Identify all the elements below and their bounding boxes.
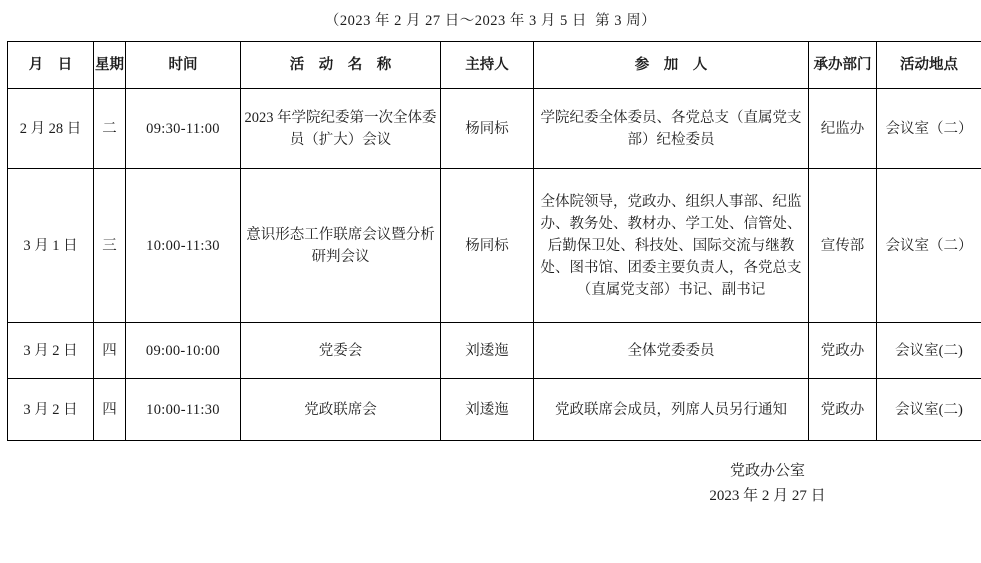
header-department: 承办部门 xyxy=(809,42,877,89)
cell-location: 会议室(二) xyxy=(877,379,981,441)
cell-time: 09:00-10:00 xyxy=(126,323,241,379)
cell-participants: 全体党委委员 xyxy=(534,323,809,379)
header-participants: 参 加 人 xyxy=(534,42,809,89)
cell-participants: 党政联席会成员，列席人员另行通知 xyxy=(534,379,809,441)
cell-date: 3 月 2 日 xyxy=(8,323,94,379)
footer-signature: 党政办公室 xyxy=(645,459,890,484)
cell-activity: 2023 年学院纪委第一次全体委员（扩大）会议 xyxy=(241,89,441,169)
table-header-row: 月 日 星期 时间 活 动 名 称 主持人 参 加 人 承办部门 活动地点 xyxy=(8,42,981,89)
document-page: { "title": "（2023 年 2 月 27 日～2023 年 3 月 … xyxy=(0,0,981,563)
header-time: 时间 xyxy=(126,42,241,89)
cell-host: 杨同标 xyxy=(441,169,534,323)
header-date: 月 日 xyxy=(8,42,94,89)
cell-location: 会议室(二) xyxy=(877,323,981,379)
cell-date: 3 月 2 日 xyxy=(8,379,94,441)
cell-weekday: 四 xyxy=(94,379,126,441)
document-footer: 党政办公室 2023 年 2 月 27 日 xyxy=(645,459,890,509)
document-title: （2023 年 2 月 27 日～2023 年 3 月 5 日 第 3 周） xyxy=(0,9,981,30)
cell-weekday: 四 xyxy=(94,323,126,379)
cell-department: 宣传部 xyxy=(809,169,877,323)
cell-participants: 学院纪委全体委员、各党总支（直属党支部）纪检委员 xyxy=(534,89,809,169)
cell-weekday: 二 xyxy=(94,89,126,169)
cell-activity: 党政联席会 xyxy=(241,379,441,441)
header-location: 活动地点 xyxy=(877,42,981,89)
cell-host: 刘逶迤 xyxy=(441,323,534,379)
cell-host: 杨同标 xyxy=(441,89,534,169)
cell-date: 2 月 28 日 xyxy=(8,89,94,169)
cell-activity: 党委会 xyxy=(241,323,441,379)
schedule-table: 月 日 星期 时间 活 动 名 称 主持人 参 加 人 承办部门 活动地点 2 … xyxy=(7,41,981,441)
schedule-row: 3 月 1 日 三 10:00-11:30 意识形态工作联席会议暨分析研判会议 … xyxy=(8,169,981,323)
cell-time: 10:00-11:30 xyxy=(126,379,241,441)
cell-participants: 全体院领导，党政办、组织人事部、纪监办、教务处、教材办、学工处、信管处、后勤保卫… xyxy=(534,169,809,323)
footer-date: 2023 年 2 月 27 日 xyxy=(645,484,890,509)
cell-time: 09:30-11:00 xyxy=(126,89,241,169)
cell-department: 纪监办 xyxy=(809,89,877,169)
cell-date: 3 月 1 日 xyxy=(8,169,94,323)
cell-department: 党政办 xyxy=(809,323,877,379)
cell-activity: 意识形态工作联席会议暨分析研判会议 xyxy=(241,169,441,323)
cell-host: 刘逶迤 xyxy=(441,379,534,441)
header-activity: 活 动 名 称 xyxy=(241,42,441,89)
cell-time: 10:00-11:30 xyxy=(126,169,241,323)
cell-location: 会议室（二） xyxy=(877,89,981,169)
schedule-row: 3 月 2 日 四 09:00-10:00 党委会 刘逶迤 全体党委委员 党政办… xyxy=(8,323,981,379)
schedule-row: 2 月 28 日 二 09:30-11:00 2023 年学院纪委第一次全体委员… xyxy=(8,89,981,169)
header-weekday: 星期 xyxy=(94,42,126,89)
header-host: 主持人 xyxy=(441,42,534,89)
cell-location: 会议室（二） xyxy=(877,169,981,323)
cell-weekday: 三 xyxy=(94,169,126,323)
schedule-row: 3 月 2 日 四 10:00-11:30 党政联席会 刘逶迤 党政联席会成员，… xyxy=(8,379,981,441)
cell-department: 党政办 xyxy=(809,379,877,441)
